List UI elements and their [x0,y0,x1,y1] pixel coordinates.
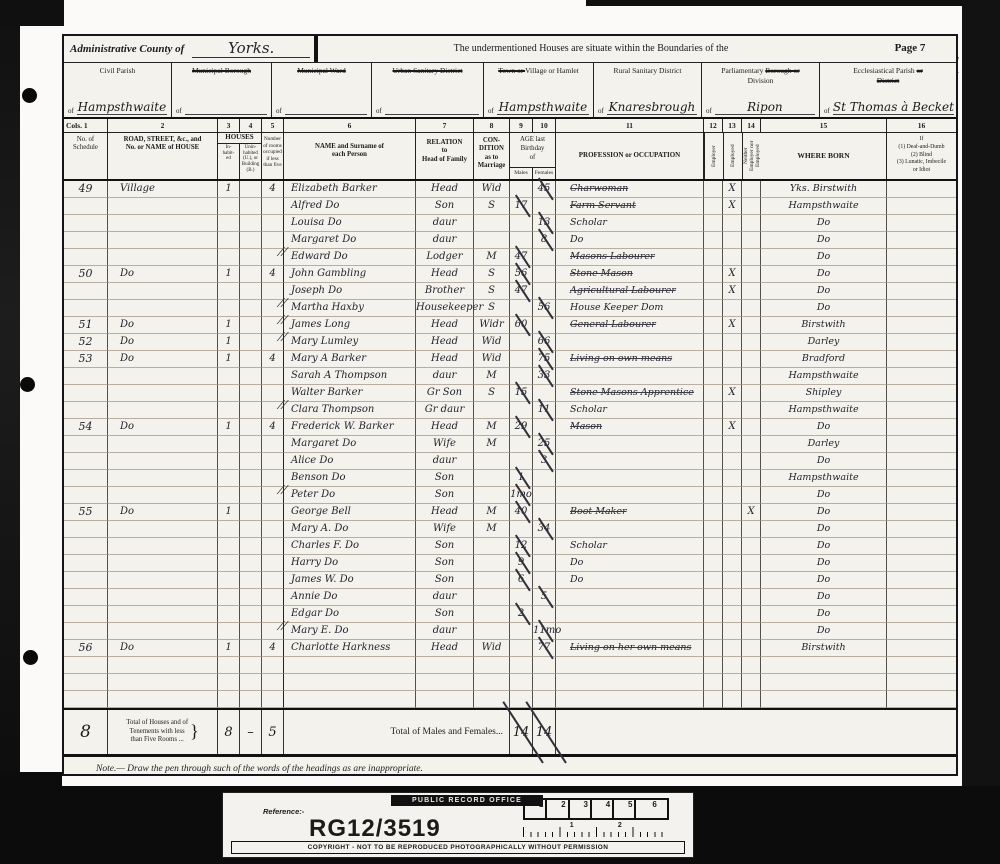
cell-uninhabited [240,436,262,453]
cell-age-male [510,623,533,640]
cell-condition [474,487,510,504]
cell-infirmity [887,504,956,521]
cell-age-male: 15 [510,385,533,402]
cell-employer [704,249,723,266]
column-number: 12 [704,119,723,132]
cell-neither [742,198,761,215]
boundary-field: Town or Village or HamletofHampsthwaite [484,63,594,117]
cell-name: Martha Haxby [284,300,416,317]
cell-employer [704,589,723,606]
cell-name: John Gambling [284,266,416,283]
total-houses-label: Total of Houses and of Tenements with le… [108,710,218,754]
cell-age-female [533,504,556,521]
cell-schedule [64,198,108,215]
cell-employer [704,657,723,674]
cell-employed [723,538,742,555]
cell-name: Alfred Do [284,198,416,215]
cell-uninhabited [240,334,262,351]
cell-age-male [510,453,533,470]
cell-occupation [556,368,704,385]
cell-road: Do [108,317,218,334]
cell-age-female [533,266,556,283]
cell-where-born: Birstwith [761,317,887,334]
cell-condition [474,215,510,232]
column-number: 6 [284,119,416,132]
cell-employer [704,572,723,589]
cell-uninhabited [240,453,262,470]
cell-uninhabited [240,368,262,385]
cell-rooms [262,691,284,708]
cell-infirmity [887,436,956,453]
cell-where-born: Do [761,504,887,521]
cell-name: Frederick W. Barker [284,419,416,436]
boundary-field: Civil ParishofHampsthwaite [64,63,172,117]
cell-where-born: Do [761,572,887,589]
cell-infirmity [887,453,956,470]
cell-uninhabited [240,657,262,674]
cell-inhabited [218,521,240,538]
total-schedules: 8 [64,710,108,754]
cell-road [108,198,218,215]
header-where-born: WHERE BORN [761,133,887,179]
cell-schedule [64,283,108,300]
boundary-field-value: Knaresbrough [607,101,697,115]
header-occupation: PROFESSION or OCCUPATION [556,133,704,179]
cell-uninhabited [240,385,262,402]
header-age-title: AGE last Birthday of [510,133,555,167]
cell-age-female [533,691,556,708]
cell-name: Mary E. Do [284,623,416,640]
cell-relation: Head [416,317,474,334]
cell-occupation: Masons Labourer [556,249,704,266]
cell-inhabited [218,215,240,232]
boundary-field: Rural Sanitary DistrictofKnaresbrough [594,63,702,117]
header-relation: RELATION to Head of Family [416,133,474,179]
cell-where-born [761,691,887,708]
cell-relation: Son [416,470,474,487]
cell-employer [704,317,723,334]
cell-employed [723,521,742,538]
boundary-field-label: Civil Parish [68,66,167,76]
cell-road [108,300,218,317]
header-condition: CON- DITION as to Marriage [474,133,510,179]
header-age-males: Males [510,168,533,179]
cell-relation [416,674,474,691]
cell-rooms: 4 [262,419,284,436]
cell-occupation: Agricultural Labourer [556,283,704,300]
cell-occupation: Charwoman [556,181,704,198]
cell-age-female [533,317,556,334]
cell-neither [742,555,761,572]
total-under-five-rooms: 5 [262,710,284,754]
census-entries: 49Village14Elizabeth BarkerHeadWid45Char… [64,181,956,708]
cell-uninhabited [240,300,262,317]
column-number: 15 [761,119,887,132]
cell-employer [704,555,723,572]
boundary-field-value: Hampsthwaite [497,101,589,115]
cell-age-female: 77 [533,640,556,657]
cell-employed [723,487,742,504]
cell-occupation: Living on her own means [556,640,704,657]
total-houses-text: Total of Houses and of Tenements with le… [126,719,188,745]
cell-age-male: 60 [510,317,533,334]
cell-age-male: 40 [510,504,533,521]
cell-road [108,572,218,589]
cell-neither [742,623,761,640]
column-number: 4 [240,119,262,132]
cell-name: Margaret Do [284,436,416,453]
cell-neither [742,334,761,351]
cell-road [108,215,218,232]
cell-schedule [64,232,108,249]
cell-employed [723,300,742,317]
cell-occupation: Do [556,572,704,589]
cell-inhabited [218,453,240,470]
cell-where-born: Do [761,453,887,470]
cell-road [108,521,218,538]
cell-relation: daur [416,232,474,249]
cell-age-female [533,606,556,623]
boundary-field-label: Rural Sanitary District [598,66,697,76]
cell-rooms [262,572,284,589]
cell-uninhabited [240,691,262,708]
cell-employer [704,351,723,368]
cell-road [108,470,218,487]
cell-neither [742,232,761,249]
cell-rooms [262,249,284,266]
cell-where-born [761,657,887,674]
cell-age-female [533,674,556,691]
cell-condition [474,657,510,674]
cell-age-female: 75 [533,351,556,368]
column-number: 10 [533,119,556,132]
cell-schedule [64,691,108,708]
cell-where-born: Birstwith [761,640,887,657]
ruler-cm-cell: 2 [547,800,569,818]
cell-age-female: 13 [533,215,556,232]
cell-name: Annie Do [284,589,416,606]
cell-infirmity [887,215,956,232]
cell-uninhabited [240,538,262,555]
cell-neither [742,368,761,385]
cell-age-female [533,283,556,300]
cell-inhabited [218,368,240,385]
cell-occupation: Scholar [556,215,704,232]
cell-occupation [556,623,704,640]
cell-where-born: Do [761,266,887,283]
cell-relation: Son [416,572,474,589]
cell-employed [723,453,742,470]
cell-infirmity [887,266,956,283]
cell-occupation [556,487,704,504]
cell-where-born: Do [761,555,887,572]
cell-uninhabited [240,487,262,504]
cell-schedule [64,521,108,538]
cell-where-born: Do [761,249,887,266]
sprocket-hole-icon [22,88,37,103]
cell-employed [723,334,742,351]
cell-rooms: 4 [262,266,284,283]
cell-employer [704,385,723,402]
cell-where-born: Do [761,232,887,249]
cell-employer [704,606,723,623]
cell-schedule [64,555,108,572]
cell-age-female [533,657,556,674]
cell-relation: daur [416,215,474,232]
boundary-fields-row: Civil ParishofHampsthwaiteMunicipal Boro… [64,63,956,119]
cell-employer [704,198,723,215]
pro-office-label: PUBLIC RECORD OFFICE [391,795,543,806]
ruler-inch-scale: 1 2 [523,821,669,837]
cell-neither [742,521,761,538]
cell-relation [416,691,474,708]
cell-road: Do [108,504,218,521]
cell-occupation: Scholar [556,402,704,419]
cell-schedule: 54 [64,419,108,436]
cell-neither [742,385,761,402]
cell-inhabited [218,283,240,300]
cell-inhabited: 1 [218,317,240,334]
cell-uninhabited [240,351,262,368]
ruler-cm-cell: 6 [636,800,658,818]
cell-age-male: 1mo [510,487,533,504]
cell-employer [704,419,723,436]
column-number: 14 [742,119,761,132]
cell-occupation: Do [556,232,704,249]
cell-condition [474,589,510,606]
cell-age-female [533,572,556,589]
ruler-icon: 123456 1 2 [523,798,669,837]
ruler-inch-2: 2 [618,822,622,829]
cell-schedule: 50 [64,266,108,283]
boundary-field: Municipal Boroughof [172,63,272,117]
cell-condition [474,402,510,419]
header-age-females: Females [533,168,555,179]
cell-employed [723,351,742,368]
cell-uninhabited [240,283,262,300]
cell-rooms [262,436,284,453]
cell-neither [742,453,761,470]
header-inhabited: In- habit- ed [218,144,240,179]
cell-employed [723,674,742,691]
cell-employed [723,504,742,521]
admin-county-row: Administrative County of Yorks. The unde… [64,36,956,63]
header-age: AGE last Birthday of Males Females [510,133,556,179]
cell-inhabited [218,555,240,572]
cell-rooms [262,504,284,521]
cell-age-male [510,674,533,691]
ruler-cm-scale: 123456 [523,798,669,820]
cell-occupation: General Labourer [556,317,704,334]
cell-relation: Head [416,504,474,521]
cell-name: Charlotte Harkness [284,640,416,657]
cell-name [284,691,416,708]
cell-infirmity [887,181,956,198]
cell-where-born: Yks. Birstwith [761,181,887,198]
cell-where-born: Do [761,589,887,606]
cell-name: Harry Do [284,555,416,572]
total-houses-brace: } [190,720,199,743]
column-number: 13 [723,119,742,132]
boundary-field-value [185,114,267,115]
cell-employer [704,436,723,453]
total-females: 14 [533,710,556,754]
cell-condition [474,232,510,249]
cell-condition: S [474,266,510,283]
cell-where-born: Bradford [761,351,887,368]
cell-condition [474,623,510,640]
cell-relation: Head [416,419,474,436]
cell-relation: Head [416,266,474,283]
cell-name: Joseph Do [284,283,416,300]
cell-occupation: Stone Masons Apprentice [556,385,704,402]
cell-age-male [510,181,533,198]
cell-schedule [64,657,108,674]
cell-neither [742,572,761,589]
cell-infirmity [887,334,956,351]
cell-name: Margaret Do [284,232,416,249]
cell-name: James Long [284,317,416,334]
cell-where-born: Do [761,487,887,504]
cell-name [284,674,416,691]
cell-age-male [510,402,533,419]
cell-inhabited [218,300,240,317]
cell-name: Mary A Barker [284,351,416,368]
cell-employed [723,436,742,453]
column-number: 11 [556,119,704,132]
cell-inhabited [218,436,240,453]
totals-row: 8 Total of Houses and of Tenements with … [64,708,956,757]
cell-occupation [556,334,704,351]
of-label: of [176,107,182,115]
cell-road [108,657,218,674]
cell-age-female: 45 [533,181,556,198]
cell-name [284,657,416,674]
cell-rooms [262,538,284,555]
cell-occupation: Stone Mason [556,266,704,283]
cell-neither [742,657,761,674]
of-label: of [68,107,74,115]
cell-employer [704,674,723,691]
cell-infirmity [887,402,956,419]
cell-where-born: Do [761,606,887,623]
header-uninhabited: Unin- habited (U.), or Building (B.) [240,144,261,179]
header-houses-title: HOUSES [218,133,261,144]
cell-age-male [510,351,533,368]
boundary-field: Ecclesiastical Parish or DistrictofSt Th… [820,63,956,117]
cell-relation: Head [416,640,474,657]
cell-where-born: Do [761,419,887,436]
cell-road [108,606,218,623]
cell-road [108,402,218,419]
cell-age-female [533,419,556,436]
cell-employer [704,538,723,555]
boundary-field: Municipal Wardof [272,63,372,117]
cell-relation: Gr Son [416,385,474,402]
cell-employed: X [723,198,742,215]
cell-schedule [64,487,108,504]
cell-road [108,249,218,266]
total-inhabited: 8 [218,710,240,754]
cell-employed [723,249,742,266]
column-number: 9 [510,119,533,132]
cell-relation: Wife [416,521,474,538]
cell-age-male: 12 [510,538,533,555]
ruler-cm-cell: 3 [570,800,592,818]
cell-condition [474,555,510,572]
cell-rooms [262,521,284,538]
cell-age-female: 11mo [533,623,556,640]
cell-age-male: 1 [510,470,533,487]
column-headers-row: No. of Schedule ROAD, STREET, &c., and N… [64,133,956,181]
boundary-field: Parliamentary Borough or DivisionofRipon [702,63,820,117]
cell-employed [723,368,742,385]
cell-road [108,623,218,640]
cell-occupation [556,470,704,487]
cell-neither [742,419,761,436]
cell-relation: Head [416,334,474,351]
cell-uninhabited [240,181,262,198]
cell-name: James W. Do [284,572,416,589]
cell-occupation [556,674,704,691]
cell-infirmity [887,572,956,589]
cell-uninhabited [240,589,262,606]
header-neither: Neither Employer nor Employed [742,133,761,179]
cell-employer [704,623,723,640]
sprocket-hole-icon [23,650,38,665]
cell-rooms [262,555,284,572]
cell-condition: Wid [474,351,510,368]
cell-inhabited [218,623,240,640]
cell-rooms [262,657,284,674]
cell-schedule [64,249,108,266]
column-number: 8 [474,119,510,132]
cell-neither [742,436,761,453]
cell-age-male [510,300,533,317]
cell-neither [742,691,761,708]
cell-infirmity [887,589,956,606]
total-males-females-label: Total of Males and Females... [284,710,510,754]
total-uninhabited: – [240,710,262,754]
cell-condition [474,572,510,589]
situate-statement: The undermentioned Houses are situate wi… [318,36,864,62]
cell-occupation: Farm Servant [556,198,704,215]
cell-condition: S [474,300,510,317]
cell-inhabited [218,538,240,555]
cell-rooms [262,674,284,691]
cell-where-born: Hampsthwaite [761,402,887,419]
of-label: of [276,107,282,115]
boundary-field-label: Municipal Ward [276,66,367,76]
header-employed: Employed [723,133,742,179]
cell-name: Benson Do [284,470,416,487]
cell-name: Clara Thompson [284,402,416,419]
cell-uninhabited [240,674,262,691]
cell-age-female [533,249,556,266]
cell-condition: Wid [474,181,510,198]
cell-employed [723,402,742,419]
cell-relation: daur [416,589,474,606]
cell-age-female [533,385,556,402]
cell-rooms [262,198,284,215]
cell-infirmity [887,470,956,487]
cell-schedule [64,589,108,606]
cell-employer [704,453,723,470]
cell-where-born [761,674,887,691]
cell-uninhabited [240,640,262,657]
header-houses: HOUSES In- habit- ed Unin- habited (U.),… [218,133,262,179]
cell-employer [704,232,723,249]
